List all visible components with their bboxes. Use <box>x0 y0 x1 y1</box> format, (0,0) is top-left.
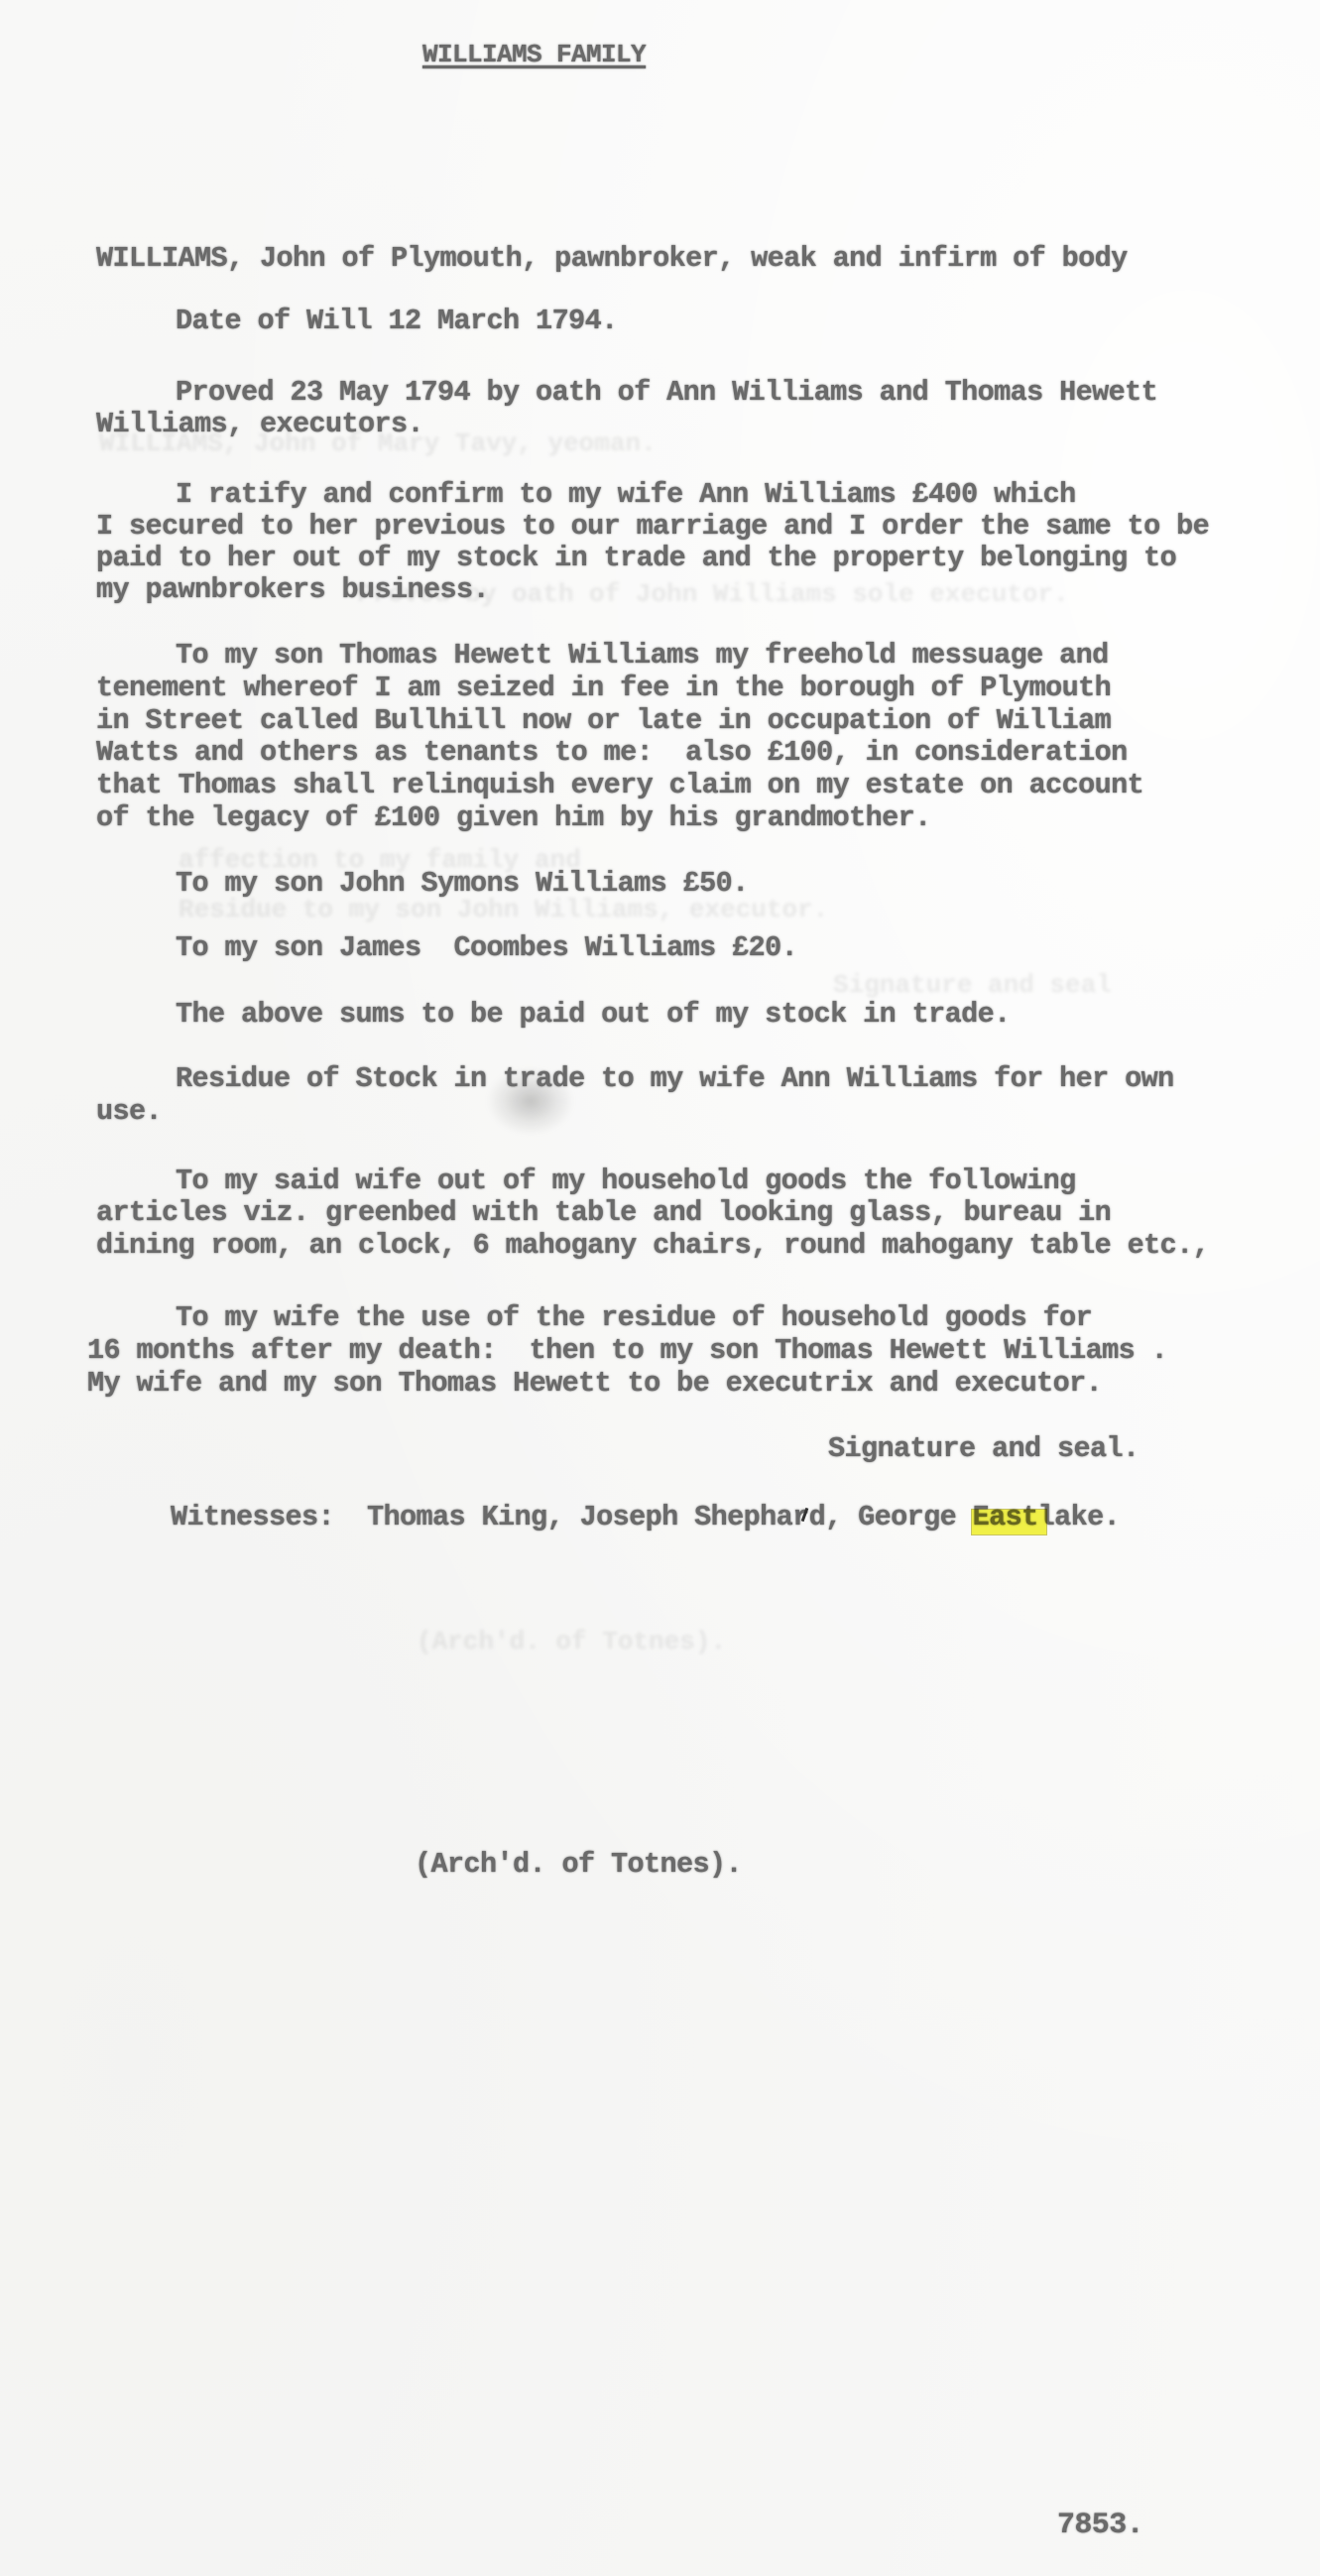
text-line: To my wife the use of the residue of hou… <box>176 1300 1092 1335</box>
text-line: My wife and my son Thomas Hewett to be e… <box>87 1366 1102 1401</box>
text-line: Williams, executors. <box>96 407 423 441</box>
text-line: that Thomas shall relinquish every claim… <box>96 768 1143 802</box>
text-line: in Street called Bullhill now or late in… <box>96 703 1111 738</box>
text-line: Proved 23 May 1794 by oath of Ann Willia… <box>176 375 1157 410</box>
text-line: I secured to her previous to our marriag… <box>96 509 1209 544</box>
ink-smudge <box>486 1066 575 1136</box>
text-line: tenement whereof I am seized in fee in t… <box>96 671 1111 705</box>
scanned-page: WILLIAMS, John of Mary Tavy, yeoman. Pro… <box>0 0 1320 2576</box>
date-of-will: Date of Will 12 March 1794. <box>176 304 618 338</box>
text-line: of the legacy of £100 given him by his g… <box>96 800 931 835</box>
text-line: use. <box>96 1094 162 1129</box>
text-line: dining room, an clock, 6 mahogany chairs… <box>96 1228 1209 1263</box>
testator-heading: WILLIAMS, John of Plymouth, pawnbroker, … <box>96 241 1128 276</box>
bequest-john: To my son John Symons Williams £50. <box>176 866 749 901</box>
text-line: I ratify and confirm to my wife Ann Will… <box>176 477 1076 512</box>
text-line: To my said wife out of my household good… <box>176 1164 1076 1198</box>
text-line: Watts and others as tenants to me: also … <box>96 735 1128 770</box>
text-line: paid to her out of my stock in trade and… <box>96 541 1176 575</box>
bleed-through-line: Signature and seal <box>833 970 1112 1000</box>
signature-and-seal: Signature and seal. <box>828 1431 1140 1466</box>
archdeaconry-note: (Arch'd. of Totnes). <box>415 1847 742 1882</box>
text-line: articles viz. greenbed with table and lo… <box>96 1195 1111 1230</box>
text-line: Residue of Stock in trade to my wife Ann… <box>176 1061 1174 1096</box>
text-line: To my son Thomas Hewett Williams my free… <box>176 638 1109 673</box>
above-sums-note: The above sums to be paid out of my stoc… <box>176 997 1011 1032</box>
document-title: WILLIAMS FAMILY <box>422 38 646 72</box>
search-highlight <box>971 1509 1047 1535</box>
text-line: my pawnbrokers business. <box>96 572 489 607</box>
bleed-through-line: (Arch'd. of Totnes). <box>417 1627 726 1656</box>
page-number: 7853. <box>1057 2509 1143 2543</box>
text-line: 16 months after my death: then to my son… <box>87 1333 1167 1368</box>
bequest-james: To my son James Coombes Williams £20. <box>176 930 797 965</box>
